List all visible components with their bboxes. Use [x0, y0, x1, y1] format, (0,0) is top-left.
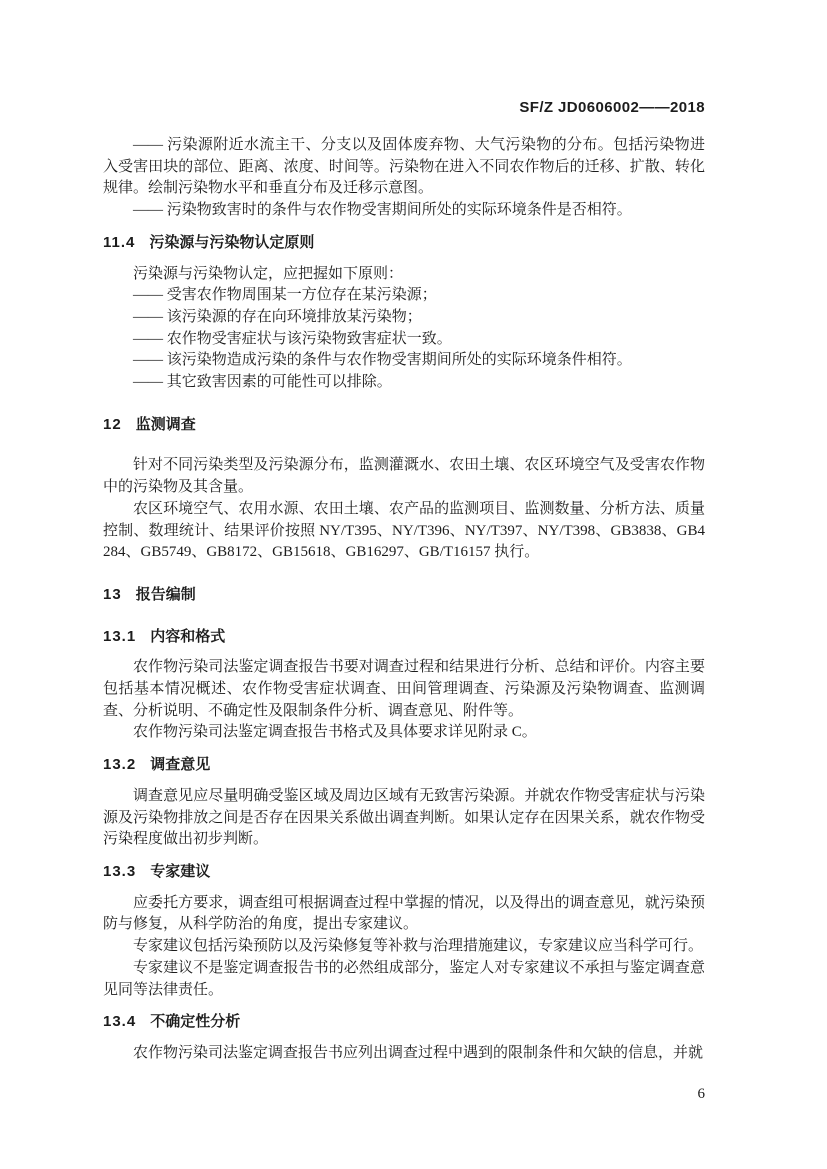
section-number: 13.2 [103, 756, 136, 773]
page-number: 6 [698, 1085, 706, 1103]
dash-list-item: —— 该污染源的存在向环境排放某污染物； [103, 307, 705, 329]
section-title: 监测调查 [136, 416, 196, 433]
section-title: 内容和格式 [150, 628, 225, 645]
body-paragraph: 农作物污染司法鉴定调查报告书应列出调查过程中遇到的限制条件和欠缺的信息，并就 [103, 1043, 705, 1065]
dash-list-item: —— 该污染物造成污染的条件与农作物受害期间所处的实际环境条件相符。 [103, 350, 705, 372]
section-title: 专家建议 [150, 863, 210, 880]
section-heading-12: 12监测调查 [103, 414, 705, 436]
dash-list-item: —— 农作物受害症状与该污染物致害症状一致。 [103, 329, 705, 351]
section-title: 污染源与污染物认定原则 [149, 234, 314, 251]
carryover-dash-paragraph: —— 污染物致害时的条件与农作物受害期间所处的实际环境条件是否相符。 [103, 200, 705, 222]
section-heading-13: 13报告编制 [103, 584, 705, 606]
document-page: SF/Z JD0606002——2018 —— 污染源附近水流主干、分支以及固体… [0, 0, 827, 1169]
body-paragraph: 针对不同污染类型及污染源分布，监测灌溉水、农田土壤、农区环境空气及受害农作物中的… [103, 455, 705, 498]
section-title: 不确定性分析 [150, 1013, 240, 1030]
body-paragraph: 调查意见应尽量明确受鉴区域及周边区域有无致害污染源。并就农作物受害症状与污染源及… [103, 786, 705, 851]
section-heading-13-1: 13.1内容和格式 [103, 626, 705, 648]
section-lead-paragraph: 污染源与污染物认定，应把握如下原则： [103, 264, 705, 286]
section-number: 13.3 [103, 863, 136, 880]
body-paragraph: 专家建议不是鉴定调查报告书的必然组成部分，鉴定人对专家建议不承担与鉴定调查意见同… [103, 958, 705, 1001]
section-heading-13-2: 13.2调查意见 [103, 754, 705, 776]
dash-list-item: —— 其它致害因素的可能性可以排除。 [103, 372, 705, 394]
section-heading-13-3: 13.3专家建议 [103, 861, 705, 883]
page-content: —— 污染源附近水流主干、分支以及固体废弃物、大气污染物的分布。包括污染物进入受… [103, 135, 705, 1065]
section-heading-13-4: 13.4不确定性分析 [103, 1011, 705, 1033]
section-title: 报告编制 [136, 586, 196, 603]
section-number: 13.1 [103, 628, 136, 645]
section-number: 13 [103, 586, 122, 603]
section-number: 12 [103, 416, 122, 433]
dash-list-item: —— 受害农作物周围某一方位存在某污染源； [103, 285, 705, 307]
body-paragraph: 应委托方要求，调查组可根据调查过程中掌握的情况，以及得出的调查意见，就污染预防与… [103, 893, 705, 936]
carryover-dash-paragraph: —— 污染源附近水流主干、分支以及固体废弃物、大气污染物的分布。包括污染物进入受… [103, 135, 705, 200]
body-paragraph: 专家建议包括污染预防以及污染修复等补救与治理措施建议，专家建议应当科学可行。 [103, 936, 705, 958]
body-paragraph: 农作物污染司法鉴定调查报告书格式及具体要求详见附录 C。 [103, 722, 705, 744]
section-heading-11-4: 11.4污染源与污染物认定原则 [103, 232, 705, 254]
body-paragraph: 农作物污染司法鉴定调查报告书要对调查过程和结果进行分析、总结和评价。内容主要包括… [103, 657, 705, 722]
standard-code-header: SF/Z JD0606002——2018 [519, 99, 705, 116]
section-number: 11.4 [103, 234, 135, 251]
section-title: 调查意见 [150, 756, 210, 773]
body-paragraph: 农区环境空气、农用水源、农田土壤、农产品的监测项目、监测数量、分析方法、质量控制… [103, 499, 705, 564]
section-number: 13.4 [103, 1013, 136, 1030]
